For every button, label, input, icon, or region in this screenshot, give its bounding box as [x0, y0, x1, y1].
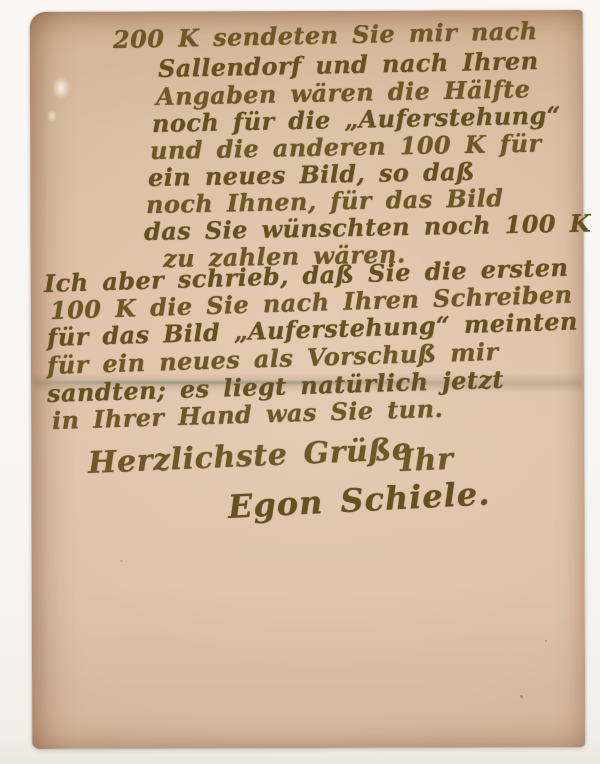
letter-photograph: 200 K sendeten Sie mir nach Sallendorf u… — [0, 0, 600, 764]
handwriting-layer: 200 K sendeten Sie mir nach Sallendorf u… — [0, 0, 600, 764]
signature: Egon Schiele. — [227, 477, 491, 524]
letter-closing: Herzlichste Grüße — [87, 434, 412, 480]
closing-pronoun: Ihr — [399, 444, 454, 478]
